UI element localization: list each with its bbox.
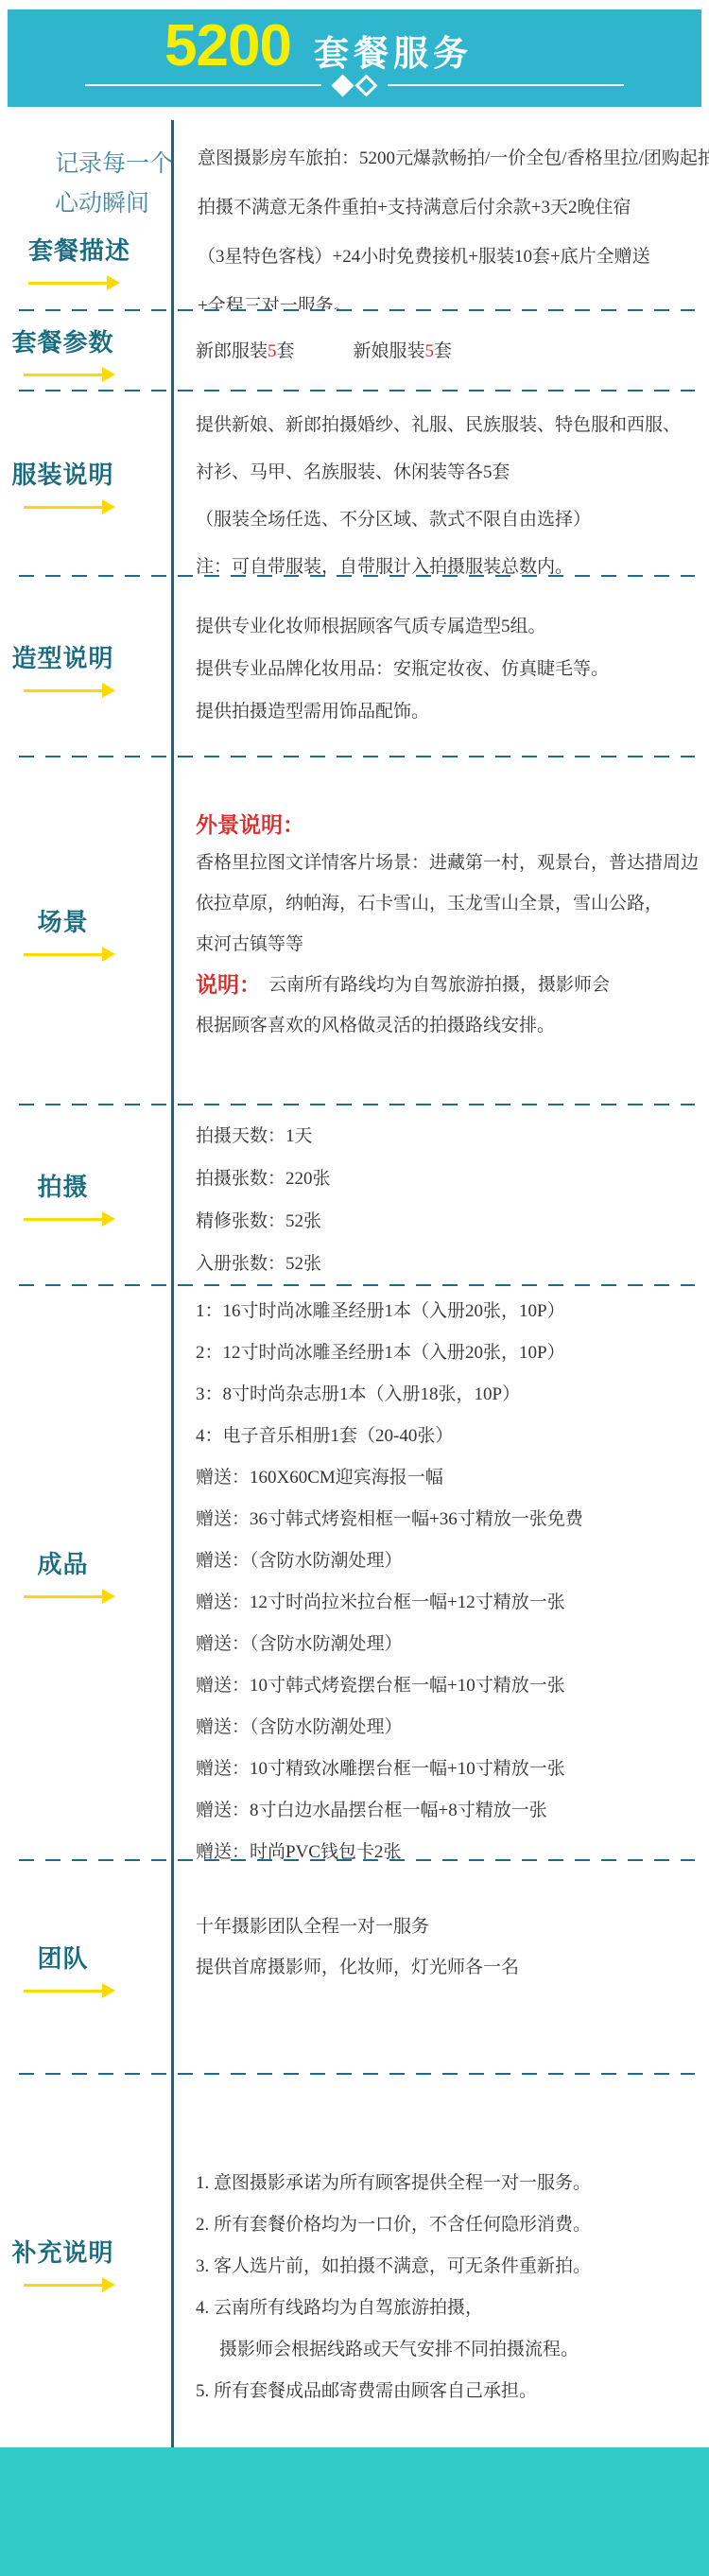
shooting-line: 入册张数：52张 — [196, 1241, 701, 1283]
team-line: 十年摄影团队全程一对一服务 — [196, 1905, 701, 1945]
section-label-column: 服装说明 — [0, 390, 171, 575]
arrow-right-icon — [24, 374, 103, 376]
product-line: 赠送：8寸白边水晶摆台框一幅+8寸精放一张 — [196, 1787, 701, 1829]
dashed-divider — [19, 575, 695, 577]
clothing-line: 提供新娘、新郎拍摄婚纱、礼服、民族服装、特色服和西服、 — [196, 399, 701, 446]
note-line: 2. 所有套餐价格均为一口价，不含任何隐形消费。 — [196, 2202, 701, 2243]
scene-note-line: 根据顾客喜欢的风格做灵活的拍摄路线安排。 — [196, 1003, 701, 1044]
section-label-column: 场景 — [0, 756, 171, 1104]
section-content: 拍摄天数：1天 拍摄张数：220张 精修张数：52张 入册张数：52张 — [171, 1104, 709, 1284]
page-title: 套餐服务 — [314, 36, 473, 71]
param-count: 5 — [268, 341, 277, 361]
section-title: 套餐描述 — [28, 232, 130, 267]
description-line: 意图摄影房车旅拍：5200元爆款畅拍/一价全包/香格里拉/团购起拍 — [198, 131, 709, 181]
product-line: 赠送：12寸时尚拉米拉台框一幅+12寸精放一张 — [196, 1579, 701, 1621]
product-line: 赠送：（含防水防潮处理） — [196, 1538, 701, 1579]
header-banner: 5200 套餐服务 — [8, 9, 701, 107]
clothing-line: （服装全场任选、不分区域、款式不限自由选择） — [196, 494, 701, 541]
section-label-column: 造型说明 — [0, 575, 171, 756]
product-line: 赠送：36寸韩式烤瓷相框一幅+36寸精放一张免费 — [196, 1496, 701, 1538]
note-text: 云南所有路线均为自驾旅游拍摄，摄影师会 — [268, 970, 610, 996]
arrow-right-icon — [24, 1218, 103, 1221]
note-line-continuation: 摄影师会根据线路或天气安排不同拍摄流程。 — [196, 2326, 701, 2368]
dashed-divider — [19, 1104, 695, 1105]
styling-line: 提供拍摄造型需用饰品配饰。 — [196, 688, 701, 731]
param-text: 新郎服装 — [196, 341, 268, 361]
section-label-column: 拍摄 — [0, 1104, 171, 1284]
product-line: 4：电子音乐相册1套（20-40张） — [196, 1413, 701, 1454]
section-clothing-info: 服装说明 提供新娘、新郎拍摄婚纱、礼服、民族服装、特色服和西服、 衬衫、马甲、名… — [0, 390, 709, 575]
product-line: 赠送：（含防水防潮处理） — [196, 1704, 701, 1746]
section-extra-notes: 补充说明 1. 意图摄影承诺为所有顾客提供全程一对一服务。 2. 所有套餐价格均… — [0, 2073, 709, 2447]
dashed-divider — [19, 1284, 695, 1286]
section-package-params: 套餐参数 新郎服装5套 新娘服装5套 — [0, 309, 709, 390]
slogan-line-2: 心动瞬间 — [55, 184, 149, 224]
description-line: 拍摄不满意无条件重拍+支持满意后付余款+3天2晚住宿 — [198, 181, 709, 230]
param-unit: 套 — [277, 341, 295, 361]
dashed-divider — [19, 2073, 695, 2075]
decorative-line-left — [85, 84, 321, 86]
scene-line: 束河古镇等等 — [196, 922, 701, 963]
section-label-column: 记录每一个 心动瞬间 套餐描述 — [0, 120, 173, 309]
dashed-divider — [19, 309, 695, 311]
description-line: （3星特色客栈）+24小时免费接机+服装10套+底片全赠送 — [198, 230, 709, 279]
section-content: 提供新娘、新郎拍摄婚纱、礼服、民族服装、特色服和西服、 衬衫、马甲、名族服装、休… — [171, 390, 709, 575]
arrow-right-icon — [24, 2284, 103, 2287]
styling-line: 提供专业化妆师根据顾客气质专属造型5组。 — [196, 603, 701, 646]
section-content: 1：16寸时尚冰雕圣经册1本（入册20张，10P） 2：12寸时尚冰雕圣经册1本… — [171, 1284, 709, 1859]
section-products: 成品 1：16寸时尚冰雕圣经册1本（入册20张，10P） 2：12寸时尚冰雕圣经… — [0, 1284, 709, 1859]
dashed-divider — [19, 390, 695, 392]
scene-line: 依拉草原，纳帕海，石卡雪山，玉龙雪山全景，雪山公路， — [196, 881, 701, 922]
header-decoration — [8, 75, 701, 96]
outdoor-scene-heading: 外景说明： — [196, 805, 701, 841]
section-content: 1. 意图摄影承诺为所有顾客提供全程一对一服务。 2. 所有套餐价格均为一口价，… — [171, 2073, 709, 2447]
section-title: 造型说明 — [11, 639, 113, 674]
section-content: 十年摄影团队全程一对一服务 提供首席摄影师，化妆师，灯光师各一名 — [171, 1859, 709, 2073]
description-line: +全程三对一服务。 — [198, 279, 709, 309]
section-title: 补充说明 — [11, 2234, 113, 2269]
arrow-right-icon — [24, 506, 103, 509]
product-line: 赠送：（含防水防潮处理） — [196, 1621, 701, 1662]
product-line: 2：12寸时尚冰雕圣经册1本（入册20张，10P） — [196, 1330, 701, 1371]
section-label-column: 成品 — [0, 1284, 171, 1859]
note-line: 5. 所有套餐成品邮寄费需由顾客自己承担。 — [196, 2368, 701, 2410]
section-title: 服装说明 — [11, 456, 113, 491]
product-line: 1：16寸时尚冰雕圣经册1本（入册20张，10P） — [196, 1288, 701, 1330]
diamond-outline-icon — [354, 74, 377, 96]
section-styling-info: 造型说明 提供专业化妆师根据顾客气质专属造型5组。 提供专业品牌化妆用品：安瓶定… — [0, 575, 709, 756]
section-title: 团队 — [37, 1940, 88, 1975]
arrow-right-icon — [24, 1595, 103, 1598]
package-detail-body: 记录每一个 心动瞬间 套餐描述 意图摄影房车旅拍：5200元爆款畅拍/一价全包/… — [0, 120, 709, 2447]
styling-line: 提供专业品牌化妆用品：安瓶定妆夜、仿真睫毛等。 — [196, 646, 701, 688]
footer-band — [0, 2447, 709, 2576]
section-content: 新郎服装5套 新娘服装5套 — [171, 309, 709, 390]
dashed-divider — [19, 756, 695, 757]
param-count: 5 — [425, 341, 435, 361]
shooting-line: 精修张数：52张 — [196, 1198, 701, 1241]
note-line: 4. 云南所有线路均为自驾旅游拍摄， — [196, 2285, 701, 2326]
label-wrap: 套餐描述 — [28, 232, 130, 285]
section-scene: 场景 外景说明： 香格里拉图文详情客片场景：进藏第一村，观景台，普达措周边 依拉… — [0, 756, 709, 1104]
param-text: 新娘服装 — [354, 341, 425, 361]
section-team: 团队 十年摄影团队全程一对一服务 提供首席摄影师，化妆师，灯光师各一名 — [0, 1859, 709, 2073]
section-label-column: 补充说明 — [0, 2073, 171, 2447]
section-content: 提供专业化妆师根据顾客气质专属造型5组。 提供专业品牌化妆用品：安瓶定妆夜、仿真… — [171, 575, 709, 756]
note-line: 3. 客人选片前，如拍摄不满意，可无条件重新拍。 — [196, 2243, 701, 2285]
arrow-right-icon — [28, 282, 108, 285]
clothing-line: 注：可自带服装，自带服计入拍摄服装总数内。 — [196, 541, 701, 575]
note-line: 1. 意图摄影承诺为所有顾客提供全程一对一服务。 — [196, 2160, 701, 2202]
diamond-filled-icon — [331, 74, 354, 96]
scene-note: 说明： 云南所有路线均为自驾旅游拍摄，摄影师会 — [196, 963, 701, 1003]
section-package-description: 记录每一个 心动瞬间 套餐描述 意图摄影房车旅拍：5200元爆款畅拍/一价全包/… — [0, 120, 709, 309]
section-content: 外景说明： 香格里拉图文详情客片场景：进藏第一村，观景台，普达措周边 依拉草原，… — [171, 756, 709, 1104]
shooting-line: 拍摄天数：1天 — [196, 1113, 701, 1156]
team-line: 提供首席摄影师，化妆师，灯光师各一名 — [196, 1945, 701, 1986]
groom-outfits: 新郎服装5套 — [196, 337, 295, 362]
product-line: 赠送：时尚PVC钱包卡2张 — [196, 1829, 701, 1859]
header-title-row: 5200 套餐服务 — [0, 17, 666, 76]
section-label-column: 团队 — [0, 1859, 171, 2073]
arrow-right-icon — [24, 953, 103, 956]
product-line: 3：8寸时尚杂志册1本（入册18张，10P） — [196, 1371, 701, 1413]
section-title: 拍摄 — [37, 1168, 88, 1203]
param-unit: 套 — [434, 341, 452, 361]
slogan-line-1: 记录每一个 — [55, 145, 173, 184]
product-line: 赠送：160X60CM迎宾海报一幅 — [196, 1454, 701, 1496]
dashed-divider — [19, 1859, 695, 1861]
scene-line: 香格里拉图文详情客片场景：进藏第一村，观景台，普达措周边 — [196, 841, 701, 881]
section-label-column: 套餐参数 — [0, 309, 171, 390]
arrow-right-icon — [24, 1990, 103, 1993]
section-title: 场景 — [37, 903, 88, 938]
section-title: 成品 — [37, 1545, 88, 1580]
arrow-right-icon — [24, 689, 103, 692]
shooting-line: 拍摄张数：220张 — [196, 1156, 701, 1198]
clothing-line: 衬衫、马甲、名族服装、休闲装等各5套 — [196, 446, 701, 494]
product-line: 赠送：10寸韩式烤瓷摆台框一幅+10寸精放一张 — [196, 1662, 701, 1704]
param-row: 新郎服装5套 新娘服装5套 — [196, 337, 452, 362]
section-title: 套餐参数 — [11, 323, 113, 358]
section-shooting: 拍摄 拍摄天数：1天 拍摄张数：220张 精修张数：52张 入册张数：52张 — [0, 1104, 709, 1284]
bride-outfits: 新娘服装5套 — [354, 337, 453, 362]
decorative-line-right — [388, 84, 624, 86]
note-label: 说明： — [196, 967, 261, 999]
section-content: 意图摄影房车旅拍：5200元爆款畅拍/一价全包/香格里拉/团购起拍 拍摄不满意无… — [173, 120, 709, 309]
package-price: 5200 — [164, 17, 291, 76]
product-line: 赠送：10寸精致冰雕摆台框一幅+10寸精放一张 — [196, 1746, 701, 1787]
